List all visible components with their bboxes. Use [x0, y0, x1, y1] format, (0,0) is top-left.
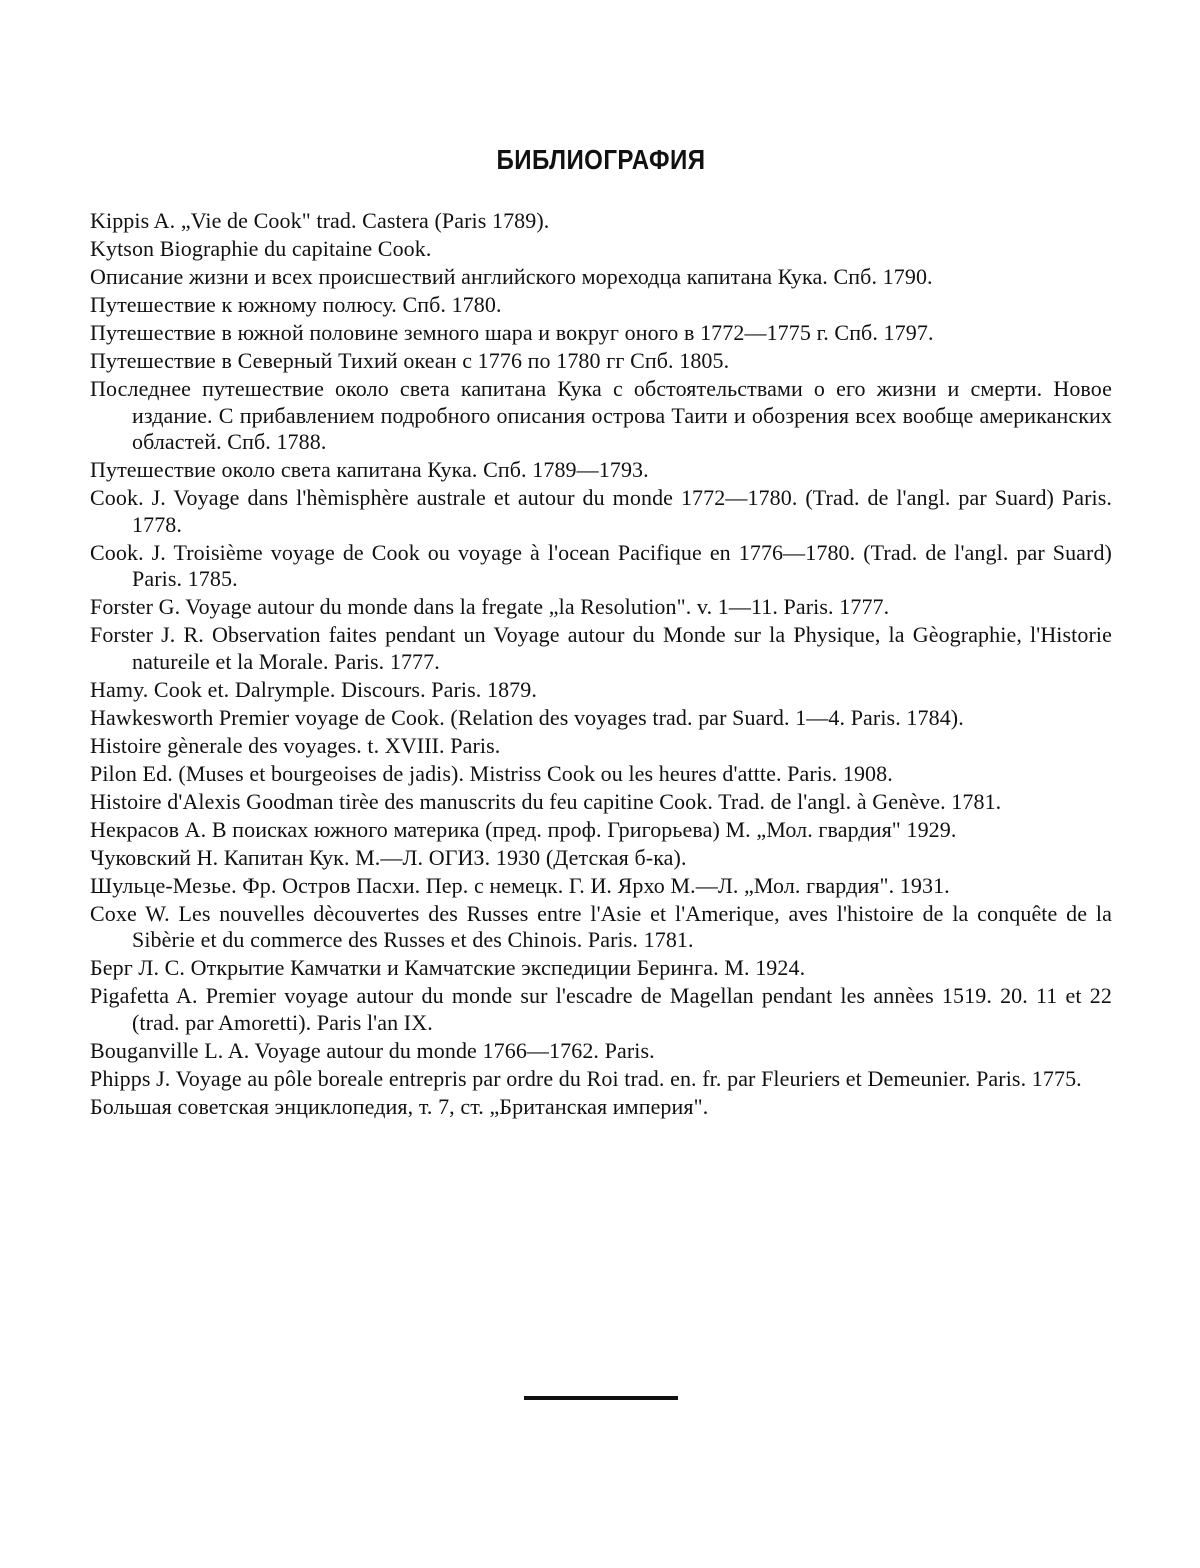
bibliography-entry: Forster J. R. Observation faites pendant… — [90, 622, 1112, 675]
bibliography-entry: Последнее путешествие около света капита… — [90, 376, 1112, 456]
bibliography-entry: Histoire d'Alexis Goodman tirèe des manu… — [90, 789, 1112, 816]
bibliography-entry: Путешествие около света капитана Кука. С… — [90, 457, 1112, 484]
bibliography-entry: Путешествие в южной половине земного шар… — [90, 320, 1112, 347]
end-divider — [524, 1396, 678, 1400]
bibliography-entry: Coxe W. Les nouvelles dècouvertes des Ru… — [90, 901, 1112, 954]
bibliography-page: БИБЛИОГРАФИЯ Kippis A. „Vie de Cook" tra… — [90, 140, 1112, 1122]
bibliography-entry: Histoire gènerale des voyages. t. XVIII.… — [90, 733, 1112, 760]
bibliography-entry: Путешествие в Северный Тихий океан с 177… — [90, 348, 1112, 375]
bibliography-entry: Берг Л. С. Открытие Камчатки и Камчатски… — [90, 955, 1112, 982]
bibliography-entry: Kytson Biographie du capitaine Cook. — [90, 236, 1112, 263]
bibliography-list: Kippis A. „Vie de Cook" trad. Castera (P… — [90, 208, 1112, 1120]
bibliography-entry: Описание жизни и всех происшествий англи… — [90, 264, 1112, 291]
bibliography-entry: Pilon Ed. (Muses et bourgeoises de jadis… — [90, 761, 1112, 788]
bibliography-entry: Kippis A. „Vie de Cook" trad. Castera (P… — [90, 208, 1112, 235]
page-title: БИБЛИОГРАФИЯ — [162, 140, 1041, 180]
bibliography-entry: Некрасов А. В поисках южного материка (п… — [90, 817, 1112, 844]
bibliography-entry: Cook. J. Voyage dans l'hèmisphère austra… — [90, 485, 1112, 538]
bibliography-entry: Forster G. Voyage autour du monde dans l… — [90, 594, 1112, 621]
bibliography-entry: Большая советская энциклопедия, т. 7, ст… — [90, 1094, 1112, 1121]
bibliography-entry: Чуковский Н. Капитан Кук. М.—Л. ОГИЗ. 19… — [90, 845, 1112, 872]
bibliography-entry: Шульце-Мезье. Фр. Остров Пасхи. Пер. с н… — [90, 873, 1112, 900]
bibliography-entry: Phipps J. Voyage au pôle boreale entrepr… — [90, 1066, 1112, 1093]
bibliography-entry: Bouganville L. A. Voyage autour du monde… — [90, 1038, 1112, 1065]
bibliography-entry: Путешествие к южному полюсу. Спб. 1780. — [90, 292, 1112, 319]
bibliography-entry: Cook. J. Troisième voyage de Cook ou voy… — [90, 540, 1112, 593]
bibliography-entry: Hamy. Cook et. Dalrymple. Discours. Pari… — [90, 677, 1112, 704]
bibliography-entry: Hawkesworth Premier voyage de Cook. (Rel… — [90, 705, 1112, 732]
bibliography-entry: Pigafetta A. Premier voyage autour du mo… — [90, 983, 1112, 1036]
